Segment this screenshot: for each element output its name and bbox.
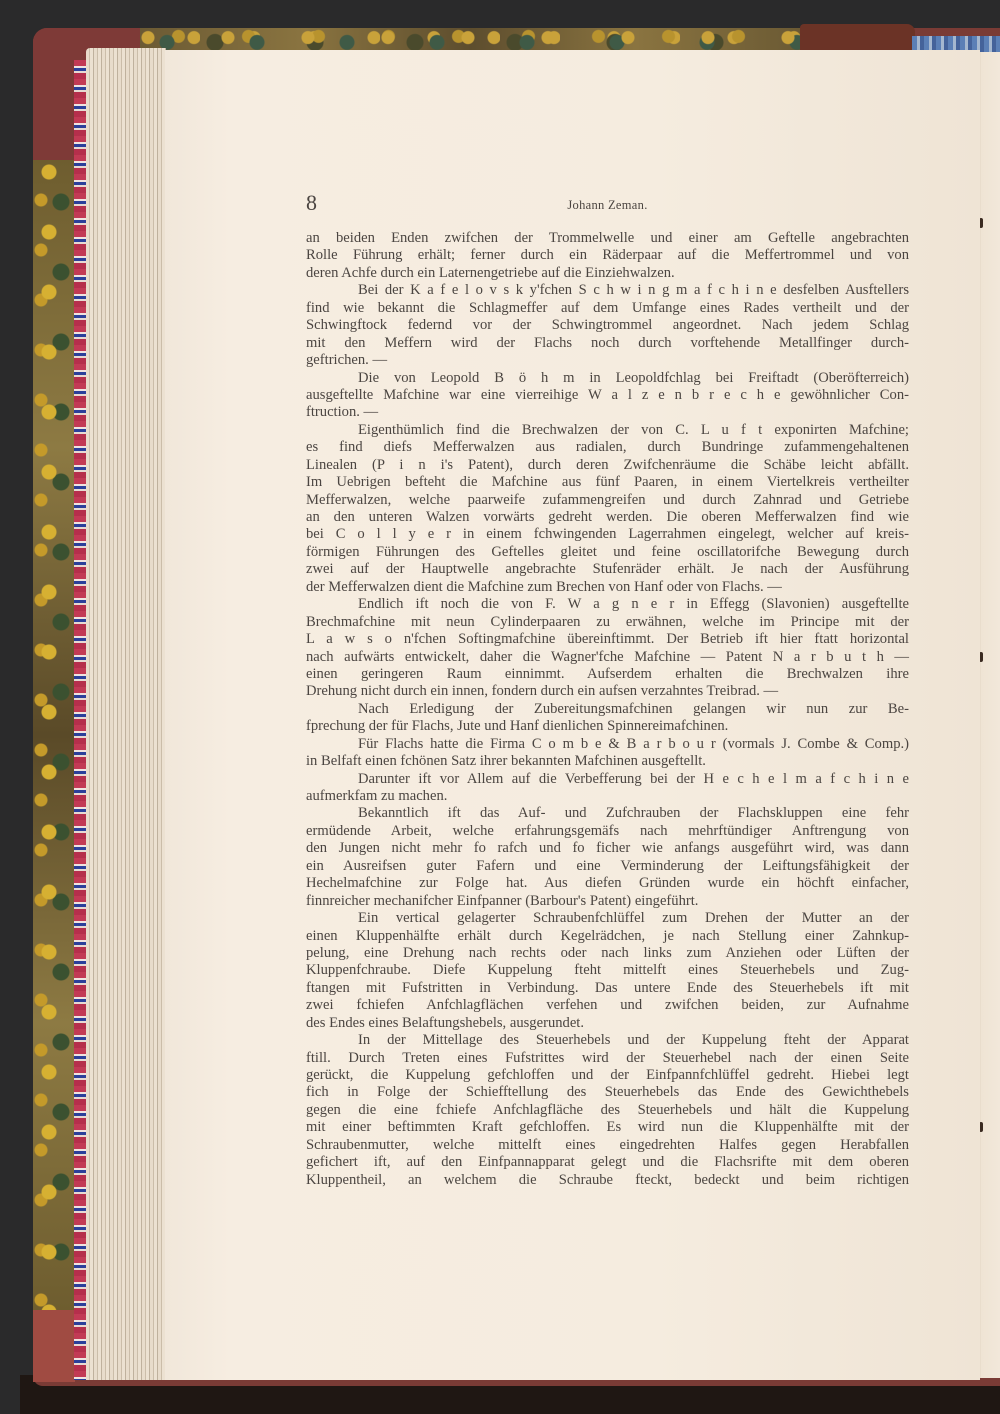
text-line: des Endes eines Belaftungshebels, ausger… [306, 1015, 909, 1032]
text-line: gefichert ift, auf den Einfpannapparat g… [306, 1154, 909, 1171]
text-line: Schwingftock federnd vor der Schwingtrom… [306, 317, 909, 334]
cover-marbled-paper-top [140, 28, 800, 52]
facing-page-edge [978, 52, 1000, 1378]
text-line: gerückt, die Kuppelung gefchloffen und d… [306, 1067, 909, 1084]
cover-marbled-paper-left [33, 160, 75, 1310]
body-text: an beiden Enden zwifchen der Trommelwell… [306, 230, 909, 1189]
text-line: ausgeftellte Mafchine war eine vierreihi… [306, 387, 909, 404]
text-line: Hechelmafchine zur Folge hat. Aus diefen… [306, 875, 909, 892]
text-line: den Jungen nicht mehr fo rafch und fo fi… [306, 840, 909, 857]
text-line: in Belfaft einen fchönen Satz ihrer beka… [306, 753, 909, 770]
text-line: aufmerkfam zu machen. [306, 788, 909, 805]
text-line: bei C o l l y e r in einem fchwingenden … [306, 526, 909, 543]
text-line: an den unteren Walzen vorwärts gedreht w… [306, 509, 909, 526]
paragraph: Nach Erledigung der Zubereitungsmafchine… [306, 701, 909, 736]
text-line: ermüdende Arbeit, welche erfahrungsgemäf… [306, 823, 909, 840]
text-line: mit einer beftimmten Kraft gefchloffen. … [306, 1119, 909, 1136]
text-line: Mefferwalzen, welche paarweife zufammeng… [306, 492, 909, 509]
page-stack-edge [86, 48, 166, 1380]
text-line: pelung, eine Drehung nach rechts oder na… [306, 945, 909, 962]
text-line: Drehung nicht durch ein innen, fondern d… [306, 683, 909, 700]
text-line: Eigenthümlich find die Brechwalzen der v… [306, 422, 909, 439]
paragraph: Darunter ift vor Allem auf die Verbeffer… [306, 771, 909, 806]
paragraph: Ein vertical gelagerter Schraubenfchlüff… [306, 910, 909, 1032]
text-line: Kluppenfchraube. Diefe Kuppelung fteht m… [306, 962, 909, 979]
text-line: einen Kluppenhälfte erhält durch Kegelrä… [306, 928, 909, 945]
paragraph: In der Mittellage des Steuerhebels und d… [306, 1032, 909, 1189]
text-line: Darunter ift vor Allem auf die Verbeffer… [306, 771, 909, 788]
text-line: zwei auf der Hauptwelle angebrachte Stuf… [306, 561, 909, 578]
text-line: Ein vertical gelagerter Schraubenfchlüff… [306, 910, 909, 927]
paragraph: Die von Leopold B ö h m in Leopoldfchlag… [306, 370, 909, 422]
text-line: ftill. Durch Treten eines Fufstrittes wi… [306, 1050, 909, 1067]
text-line: Die von Leopold B ö h m in Leopoldfchlag… [306, 370, 909, 387]
running-head: Johann Zeman. [306, 198, 909, 213]
text-line: es find diefs Mefferwalzen aus radialen,… [306, 439, 909, 456]
text-line: In der Mittellage des Steuerhebels und d… [306, 1032, 909, 1049]
paragraph: Eigenthümlich find die Brechwalzen der v… [306, 422, 909, 596]
text-line: mit den Meffern wird der Flachs noch dur… [306, 335, 909, 352]
text-line: Im Uebrigen befteht die Mafchine aus fün… [306, 474, 909, 491]
text-line: fprechung der für Flachs, Jute und Hanf … [306, 718, 909, 735]
text-line: Rolle Führung erhält; ferner durch ein R… [306, 247, 909, 264]
text-line: finnreicher mechanifcher Einfpanner (Bar… [306, 893, 909, 910]
text-line: Nach Erledigung der Zubereitungsmafchine… [306, 701, 909, 718]
text-line: Bekanntlich ift das Auf- und Zufchrauben… [306, 805, 909, 822]
page-header: 8 Johann Zeman. [306, 192, 909, 218]
text-line: förmigen Führungen des Geftelles gleitet… [306, 544, 909, 561]
text-line: der Mefferwalzen dient die Mafchine zum … [306, 579, 909, 596]
text-line: Linealen (P i n i's Patent), durch deren… [306, 457, 909, 474]
paragraph: Für Flachs hatte die Firma C o m b e & B… [306, 736, 909, 771]
text-line: zwei fchiefen Anfchlagflächen verfehen u… [306, 997, 909, 1014]
paragraph: Bekanntlich ift das Auf- und Zufchrauben… [306, 805, 909, 910]
text-line: Schraubenmutter, welche mittelft eines e… [306, 1137, 909, 1154]
paragraph: Bei der K a f e l o v s k y'fchen S c h … [306, 282, 909, 369]
text-line: Für Flachs hatte die Firma C o m b e & B… [306, 736, 909, 753]
text-line: gegen die eine fchiefe Anfchlagfläche de… [306, 1102, 909, 1119]
text-line: nach aufwärts entwickelt, daher die Wagn… [306, 649, 909, 666]
text-line: deren Achfe durch ein Laternengetriebe a… [306, 265, 909, 282]
text-line: ftangen mit Fufstritten in Verbindung. D… [306, 980, 909, 997]
cover-leather-spine-top [800, 24, 915, 52]
text-line: L a w s o n'fchen Softingmafchine überei… [306, 631, 909, 648]
text-line: Brechmafchine mit neun Cylinderpaaren zu… [306, 614, 909, 631]
text-line: Endlich ift noch die von F. W a g n e r … [306, 596, 909, 613]
text-line: ein Ausreifsen guter Fafern und eine Ver… [306, 858, 909, 875]
paragraph: an beiden Enden zwifchen der Trommelwell… [306, 230, 909, 282]
paragraph: Endlich ift noch die von F. W a g n e r … [306, 596, 909, 701]
text-line: ftruction. — [306, 404, 909, 421]
text-line: Bei der K a f e l o v s k y'fchen S c h … [306, 282, 909, 299]
marbled-page-edge [74, 60, 86, 1380]
text-line: an beiden Enden zwifchen der Trommelwell… [306, 230, 909, 247]
text-line: geftrichen. — [306, 352, 909, 369]
text-line: Kluppentheil, an welchem die Schraube ft… [306, 1172, 909, 1189]
text-line: einen geringeren Raum einnimmt. Aufserde… [306, 666, 909, 683]
text-line: fich in Folge der Schiefftellung des Ste… [306, 1084, 909, 1101]
cover-leather-corner-bottom [33, 1310, 75, 1382]
text-line: find wie bekannt die Schlagmeffer auf de… [306, 300, 909, 317]
